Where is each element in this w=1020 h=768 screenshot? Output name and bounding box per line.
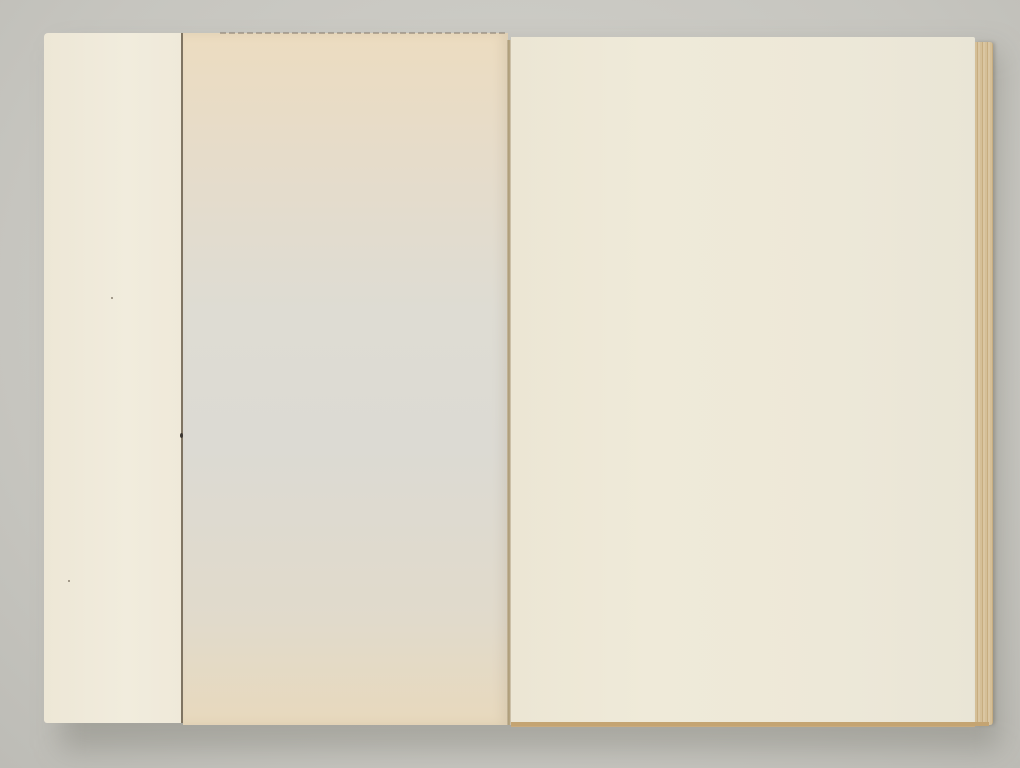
page-block-edge (975, 42, 993, 725)
flyleaf-top-edge (220, 32, 505, 34)
paper-speck (111, 297, 113, 299)
right-blank-page (511, 37, 975, 725)
bottom-board-edge (511, 722, 989, 726)
left-narrow-leaf (44, 33, 182, 723)
fold-nick (180, 433, 183, 438)
paper-speck (68, 580, 70, 582)
left-flyleaf-page (183, 33, 508, 725)
